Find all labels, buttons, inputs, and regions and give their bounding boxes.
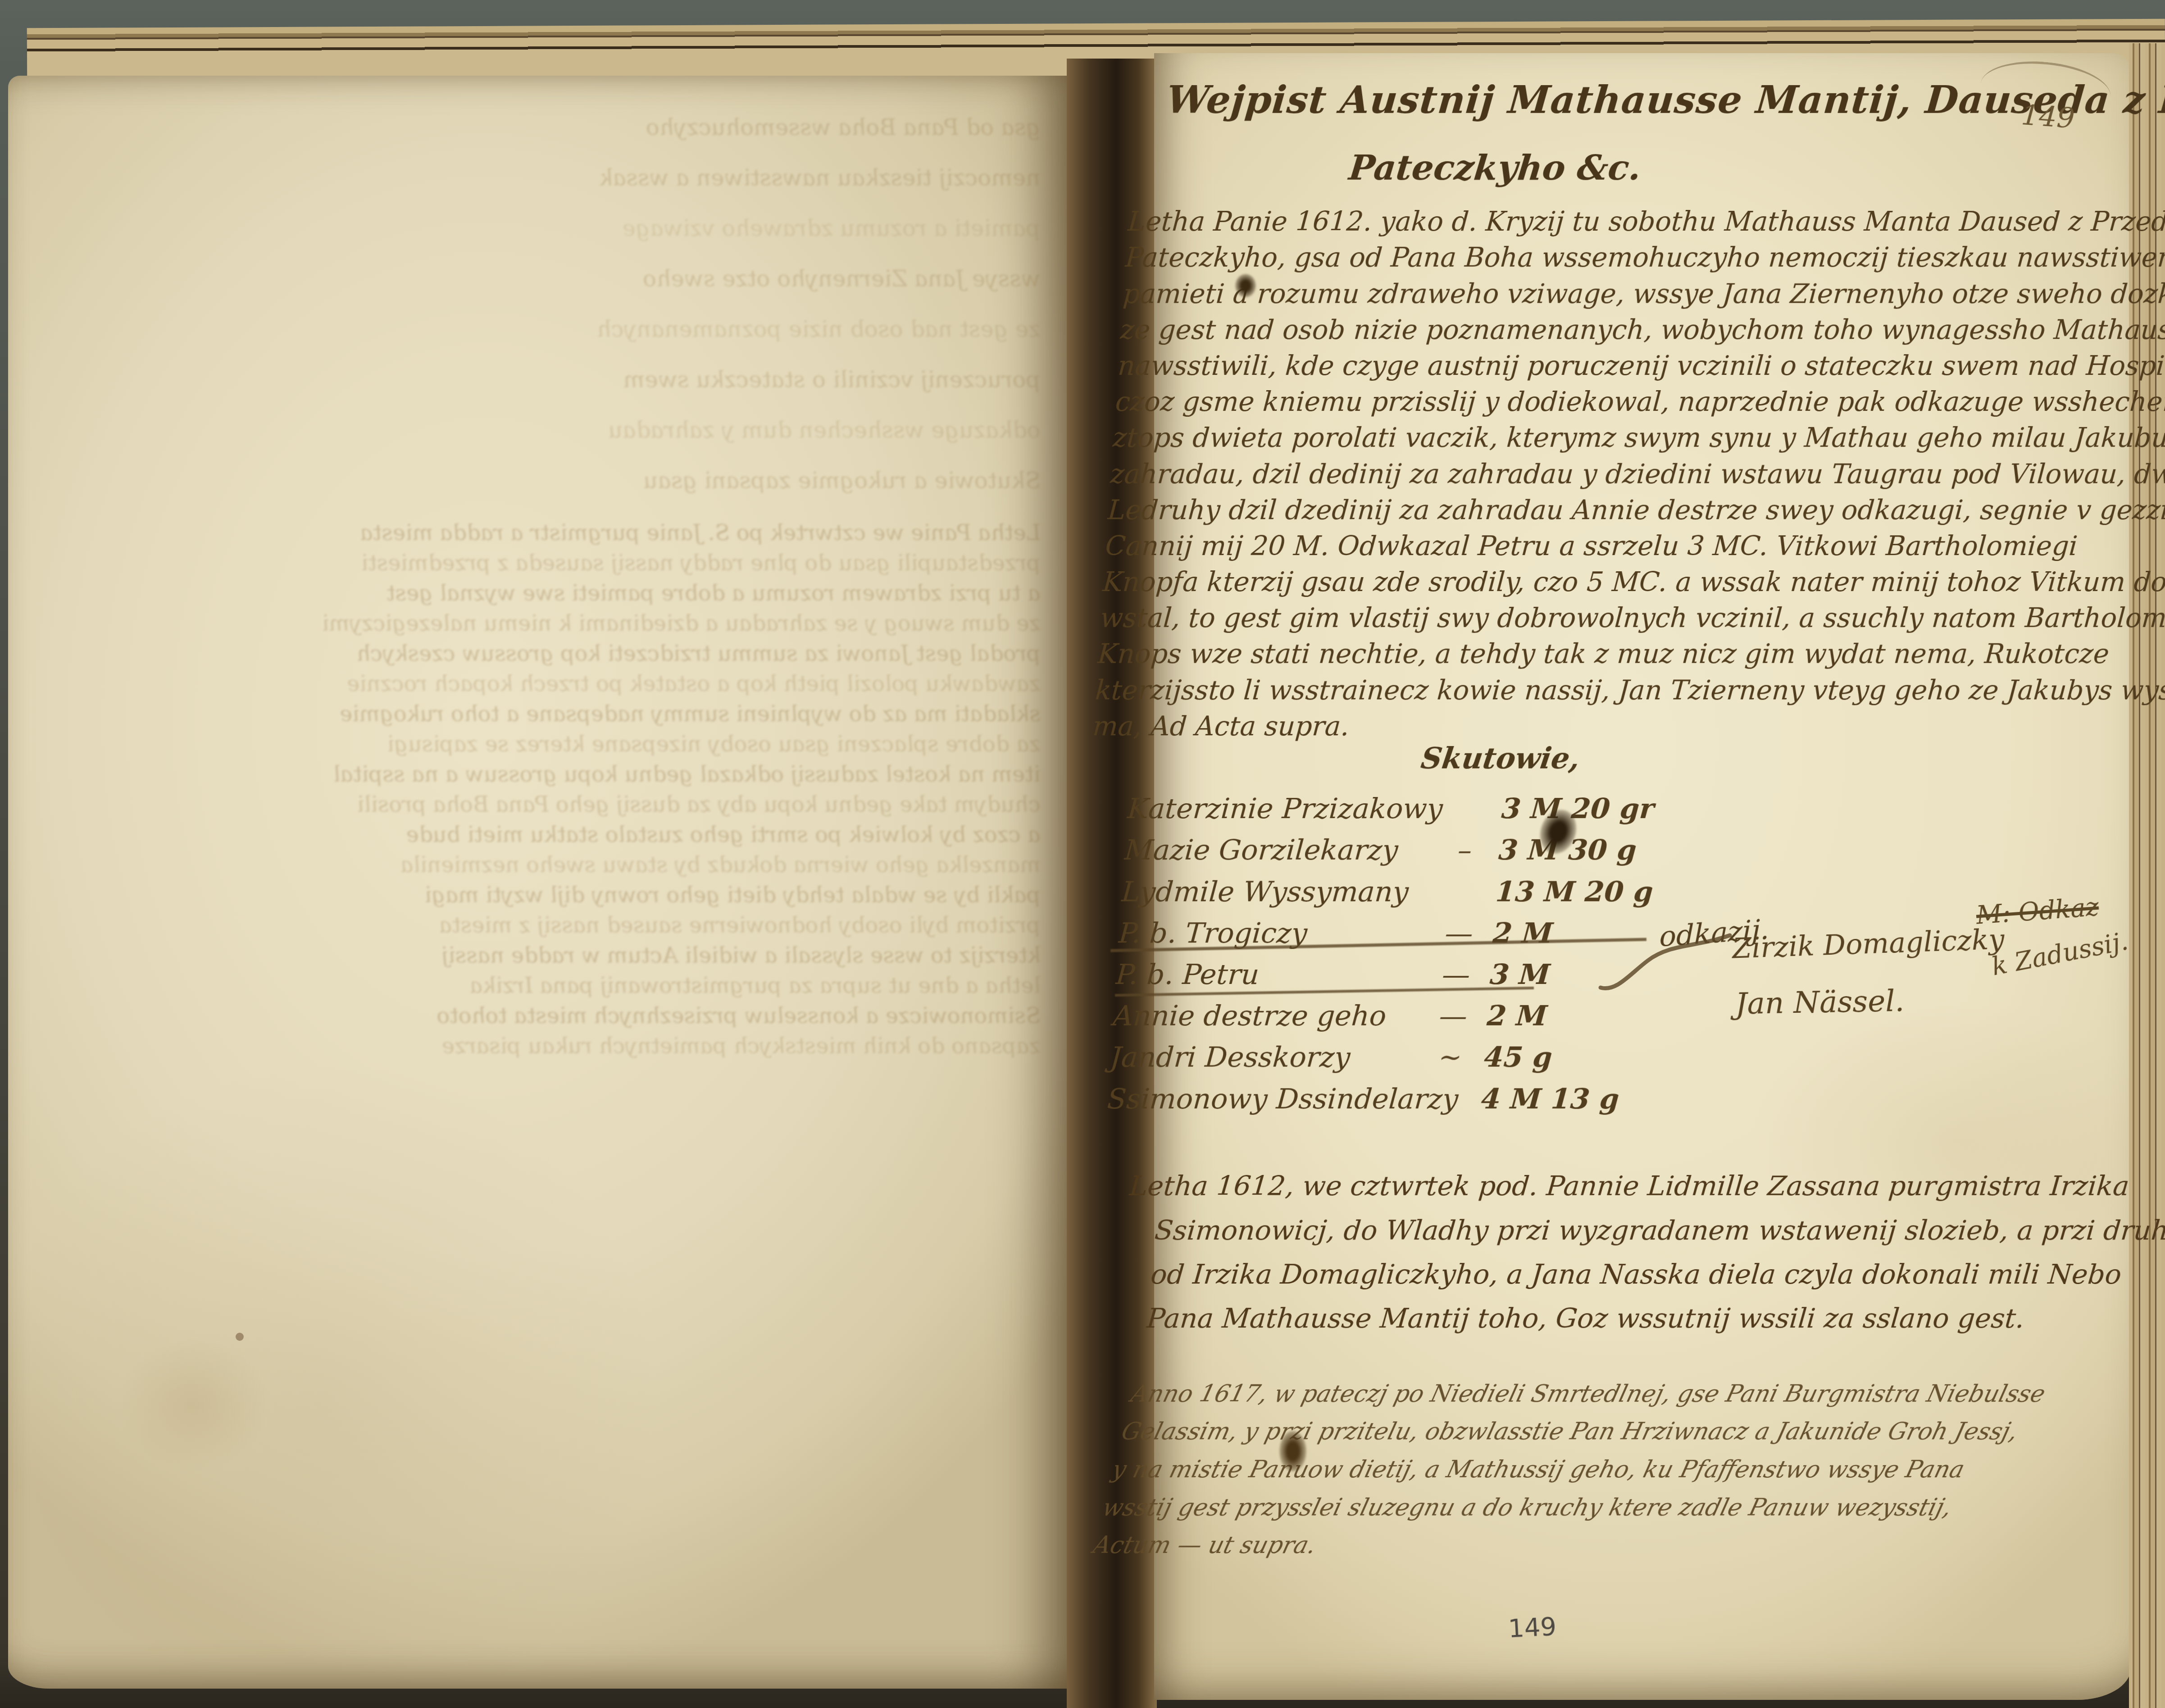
bleedthrough-line: przedstaupili gsau do plne raddy nassij …: [115, 548, 1042, 578]
bleedthrough-line: skladati ma az do wyplnieni summy nadeps…: [66, 699, 1042, 729]
bequest-row-amount: 13 M 20 g: [1495, 875, 1654, 908]
bequest-row-name: Annie destrze geho: [1112, 999, 1420, 1032]
manuscript-line: Letha Panie 1612. yako d. Kryzij tu sobo…: [1127, 204, 2165, 240]
manuscript-line: Knopfa kterzij gsau zde srodily, czo 5 M…: [1101, 564, 2140, 600]
ink-blot: [1235, 274, 1256, 297]
manuscript-line: Knops wze stati nechtie, a tehdy tak z m…: [1096, 636, 2135, 672]
bequest-row: Jandri Desskorzy~45 g: [1109, 1041, 2075, 1082]
bequest-row-dash: –: [1430, 834, 1500, 866]
bleedthrough-block-top: gsa od Pana Boha wssemohuczyhonemoczij t…: [77, 102, 1041, 506]
entry-heading-line2: Pateczkyho &c.: [1347, 148, 1643, 188]
bleedthrough-line: nemoczij tieszkau nawsstiwen a wssak: [182, 152, 1044, 203]
pen-flourish-icon: [1598, 920, 1733, 997]
bequest-row-name: Mazie Gorzilekarzy: [1123, 834, 1432, 866]
folio-number-top: 149: [2020, 98, 2076, 135]
bequest-row-amount: 3 M 20 gr: [1501, 792, 1656, 825]
manuscript-line: nawsstiwili, kde czyge austnij poruczeni…: [1117, 348, 2156, 384]
manuscript-line: od Irzika Domagliczkyho, a Jana Nasska d…: [1149, 1253, 2142, 1297]
bequest-row-amount: 45 g: [1483, 1041, 1634, 1074]
bleedthrough-line: kterzijz to wsse slyssali a widieli Actu…: [48, 941, 1042, 971]
manuscript-line: zahradau, dzil dedinij za zahradau y dzi…: [1109, 456, 2148, 492]
manuscript-line: Anno 1617, w pateczj po Niedieli Smrtedl…: [1127, 1375, 2165, 1413]
bequest-row-name: Lydmile Wyssymany: [1121, 875, 1429, 908]
bequest-row-name: Jandri Desskorzy: [1109, 1041, 1418, 1074]
bleedthrough-line: a czoz by kolwiek po smrti geho zustalo …: [88, 820, 1042, 850]
manuscript-line: wsstij gest przysslei sluzegnu a do kruc…: [1099, 1489, 2149, 1526]
bleedthrough-line: poruczenij vczinili o stateczku swem: [91, 354, 1044, 405]
bequest-row: Mazie Gorzilekarzy–3 M 30 g: [1123, 834, 2090, 875]
bleedthrough-line: odkazuge wsshechen dum y zahradau: [362, 405, 1044, 455]
paper-stain: [116, 1337, 269, 1472]
manuscript-line: Ssimonowicj, do Wladhy przi wyzgradanem …: [1153, 1208, 2146, 1253]
bleedthrough-line: wssye Jana Ziernenyho otze sweho: [127, 253, 1044, 304]
bleedthrough-line: zawdawku polozil pieth kop a ostatek po …: [61, 669, 1042, 699]
manuscript-line: Pana Mathausse Mantij toho, Goz wssutnij…: [1145, 1297, 2138, 1341]
manuscript-line: ze gest nad osob nizie poznamenanych, wo…: [1119, 312, 2158, 348]
manuscript-line: ma, Ad Acta supra.: [1092, 708, 2130, 744]
bleedthrough-line: Skutowie a rukogmie zapsani gsau: [209, 455, 1044, 506]
bleedthrough-line: ze dum swuog y se zahradau a dziedinami …: [147, 609, 1042, 639]
bleedthrough-block-main: Letha Panie we cztwrtek po S. Janie purg…: [50, 518, 1041, 1061]
witness-signature: Jan Nässel.: [1735, 984, 1905, 1021]
bleedthrough-line: pakli by se wdala tehdy dieti geho rowny…: [66, 880, 1042, 911]
bleedthrough-line: ze gest nad osob nizie poznamenanych: [236, 304, 1044, 354]
manuscript-line: y na mistie Panuow dietij, a Mathussij g…: [1108, 1451, 2158, 1489]
bleedthrough-line: zapsano do knih miestskych pamietnych ru…: [61, 1031, 1042, 1061]
bleedthrough-line: item na kostel zadussij odkazal gednu ko…: [48, 760, 1042, 790]
bequest-row-dash: —: [1421, 958, 1491, 991]
paper-speck: [236, 1333, 244, 1341]
bleedthrough-line: Letha Panie we cztwrtek po S. Janie purg…: [66, 518, 1042, 548]
manuscript-line: Gelassim, y przi przitelu, obzwlasstie P…: [1117, 1413, 2165, 1451]
bleedthrough-line: manzelka geho wierna dokudz by stawu swe…: [61, 850, 1042, 880]
bequest-row-dash: —: [1418, 999, 1488, 1032]
bequest-row: Annie destrze geho—2 M: [1111, 999, 2078, 1041]
bleedthrough-line: prodal gest Janowi za summu trzidczeti k…: [88, 639, 1042, 669]
manuscript-line: Pateczkyho, gsa od Pana Boha wssemohuczy…: [1124, 240, 2163, 276]
bequest-row-name: Katerzinie Przizakowy: [1127, 792, 1435, 825]
bequest-row-amount: 4 M 13 g: [1480, 1082, 1631, 1115]
manuscript-line: ztops dwieta porolati vaczik, kterymz sw…: [1112, 420, 2151, 456]
bequest-row-dash: ~: [1415, 1041, 1485, 1074]
bleedthrough-line: Ssimonowicze a konsseluw przisezhnych mi…: [88, 1001, 1042, 1031]
bleedthrough-line: a tu przi zdrawem rozumu a dobre pamieti…: [48, 578, 1042, 609]
ink-blot: [1279, 1431, 1306, 1471]
manuscript-line: kterzijssto li wsstrainecz kowie nassij,…: [1094, 672, 2133, 708]
bleedthrough-line: pamieti a rozumu zdraweho vziwage: [443, 203, 1044, 253]
bequest-row-name: P. b. Petru: [1115, 958, 1424, 991]
bleedthrough-line: za dobre splaczeni gsau osoby nizepsane …: [115, 729, 1042, 760]
entry-paragraph-2: Letha 1612, we cztwrtek pod. Pannie Lidm…: [1116, 1164, 2150, 1341]
manuscript-line: czoz gsme kniemu przisslij y dodiekowal,…: [1114, 384, 2153, 420]
bequest-row: Lydmile Wyssymany13 M 20 g: [1120, 875, 2087, 916]
entry-paragraph-3: Anno 1617, w pateczj po Niedieli Smrtedl…: [1089, 1375, 2165, 1564]
manuscript-line: wstal, to gest gim vlastij swy dobrowoln…: [1099, 600, 2138, 636]
manuscript-line: Cannij mij 20 M. Odwkazal Petru a ssrzel…: [1104, 528, 2143, 564]
bequest-row-name: Ssimonowy Dssindelarzy: [1106, 1082, 1415, 1115]
bleedthrough-line: gsa od Pana Boha wssemohuczyho: [326, 102, 1044, 152]
bequest-row: Katerzinie Przizakowy3 M 20 gr: [1126, 792, 2092, 834]
bleedthrough-line: chudym take gednu kopu aby za dussij geh…: [147, 790, 1042, 820]
bleedthrough-line: przitom byli osoby hodnowierne saused na…: [115, 911, 1042, 941]
bequest-row: Ssimonowy Dssindelarzy4 M 13 g: [1105, 1082, 2072, 1124]
manuscript-line: Ledruhy dzil dzedinij za zahradau Annie …: [1107, 492, 2146, 528]
manuscript-line: Letha 1612, we cztwrtek pod. Pannie Lidm…: [1128, 1164, 2150, 1208]
entry-heading: Wejpist Austnij Mathausse Mantij, Daused…: [1165, 77, 2038, 122]
manuscript-line: pamieti a rozumu zdraweho vziwage, wssye…: [1122, 276, 2160, 312]
manuscript-line: Actum — ut supra.: [1089, 1526, 2139, 1564]
bequest-row-amount: 2 M: [1486, 999, 1637, 1032]
manuscript-book-photo: gsa od Pana Boha wssemohuczyhonemoczij t…: [0, 0, 2165, 1708]
folio-number-bottom-pencil: 149: [1507, 1612, 1557, 1644]
bleedthrough-line: letha a dne ut supra za purgmistrowanij …: [147, 971, 1042, 1001]
bequest-list-heading: Skutowie,: [1419, 742, 1582, 775]
